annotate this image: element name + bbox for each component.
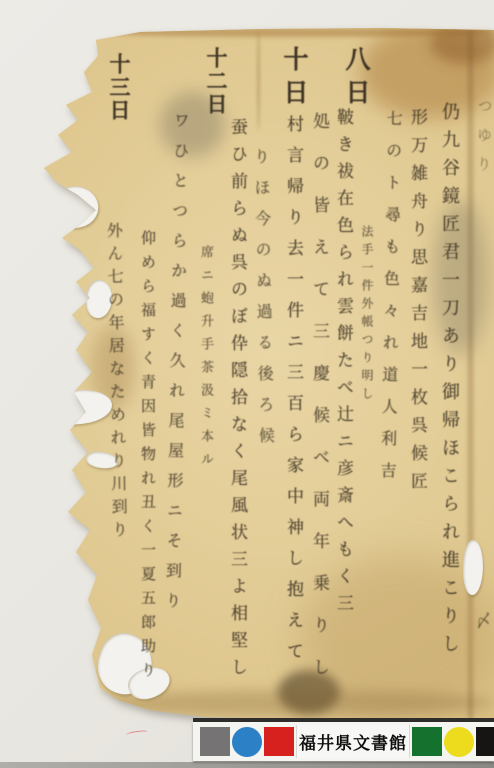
text-column: 〆	[471, 611, 490, 630]
manuscript-paper: 八日十日十二日十三日つゆり仍九谷鏡匠君一刀あり御帰ほこられ進こりし〆形万雑舟り思…	[0, 0, 494, 768]
text-column: 鞁き祓在色られ雲餅たべ辻ニ彦斎へもく三	[334, 108, 351, 621]
right-patch-group	[412, 727, 494, 757]
yellow-circle-patch	[444, 727, 474, 757]
tear-hole	[20, 508, 67, 544]
date-header: 八日	[344, 46, 369, 112]
text-column: 蚕ひ前らぬ呉のぼ伜隠拾なく尾風状三よ相堅し	[228, 118, 245, 685]
text-column: 法手一件外帳つり明し	[361, 225, 373, 405]
paper-sheet: 八日十日十二日十三日つゆり仍九谷鏡匠君一刀あり御帰ほこられ進こりし〆形万雑舟り思…	[0, 0, 494, 768]
text-column: 席ニ蚫升手茶汲ミ本ル	[199, 245, 212, 475]
archive-name-label: 福井県文書館	[296, 725, 410, 758]
text-column: ワひとつらか過く久れ尾屋形ニそ到り	[164, 112, 189, 622]
date-header: 十三日	[108, 53, 129, 122]
text-column: 外ん七の年居なためれり川到り	[105, 222, 127, 544]
black-square-patch	[476, 727, 494, 756]
text-column: 村言帰り去一件ニ三百ら家中神し抱えて	[284, 115, 301, 673]
text-column: 処の皆えて三慶候べ両年乗りし	[310, 112, 327, 700]
text-column: 形万雑舟り思嘉吉地一枚呉候匠	[408, 108, 425, 500]
text-column: りほ今のぬ過る後ろ候	[252, 148, 273, 458]
color-calibration-bar: 福井県文書館	[193, 718, 494, 765]
left-patch-group	[200, 727, 294, 757]
text-column: つゆり	[475, 98, 492, 185]
date-header: 十日	[282, 46, 307, 112]
text-column: 仍九谷鏡匠君一刀あり御帰ほこられ進こりし	[440, 102, 458, 662]
bar-strip: 福井県文書館	[193, 722, 494, 761]
calligraphy-text-layer: 八日十日十二日十三日つゆり仍九谷鏡匠君一刀あり御帰ほこられ進こりし〆形万雑舟り思…	[0, 0, 494, 768]
green-square-patch	[412, 727, 442, 756]
table-edge-shadow	[0, 762, 494, 768]
text-column: 七のト尋も色々れ道人利吉	[379, 110, 402, 494]
photo-of-manuscript: 八日十日十二日十三日つゆり仍九谷鏡匠君一刀あり御帰ほこられ進こりし〆形万雑舟り思…	[0, 0, 494, 768]
date-header: 十二日	[205, 47, 226, 116]
blue-circle-patch	[232, 727, 262, 757]
text-column: 仰めら福すく青因皆物れ丑く一夏五郎助り	[140, 230, 155, 686]
gray-square-patch	[200, 727, 230, 756]
red-square-patch	[264, 727, 294, 756]
